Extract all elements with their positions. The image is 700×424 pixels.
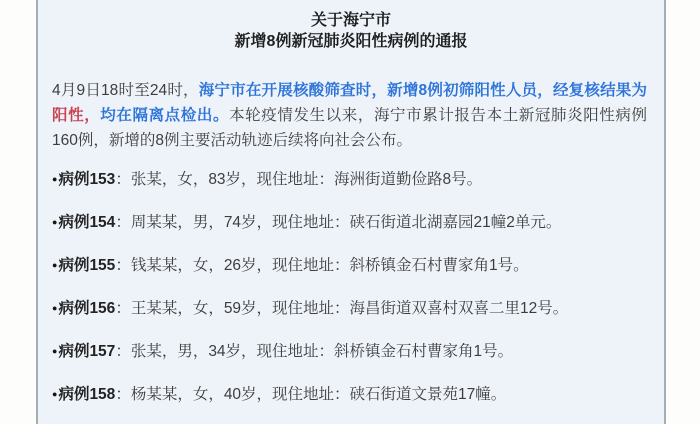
case-item-157: ●病例157：张某，男，34岁，现住地址：斜桥镇金石村曹家角1号。: [52, 343, 648, 360]
case-item-154: ●病例154：周某某，男，74岁，现住地址：硖石街道北湖嘉园21幢2单元。: [52, 214, 648, 231]
bullet-icon: ●: [52, 303, 57, 313]
case-detail: ：钱某某，女，26岁，现住地址：斜桥镇金石村曹家角1号。: [115, 257, 528, 274]
notice-page: 关于海宁市 新增8例新冠肺炎阳性病例的通报 4月9日18时至24时，海宁市在开展…: [0, 0, 700, 424]
case-item-156: ●病例156：王某某，女，59岁，现住地址：海昌街道双喜村双喜二里12号。: [52, 300, 648, 317]
bullet-icon: ●: [52, 174, 57, 184]
bullet-icon: ●: [52, 346, 57, 356]
title-line-2: 新增8例新冠肺炎阳性病例的通报: [38, 31, 664, 52]
bullet-icon: ●: [52, 260, 57, 270]
case-label: 病例154: [58, 214, 115, 231]
case-item-153: ●病例153：张某，女，83岁，现住地址：海洲街道勤俭路8号。: [52, 171, 648, 188]
case-label: 病例157: [58, 343, 115, 360]
case-label: 病例158: [58, 386, 115, 403]
case-label: 病例156: [58, 300, 115, 317]
case-detail: ：周某某，男，74岁，现住地址：硖石街道北湖嘉园21幢2单元。: [115, 214, 561, 231]
case-list: ●病例153：张某，女，83岁，现住地址：海洲街道勤俭路8号。 ●病例154：周…: [38, 171, 664, 403]
notice-card: 关于海宁市 新增8例新冠肺炎阳性病例的通报 4月9日18时至24时，海宁市在开展…: [36, 0, 666, 424]
title-line-1: 关于海宁市: [38, 10, 664, 31]
case-detail: ：王某某，女，59岁，现住地址：海昌街道双喜村双喜二里12号。: [115, 300, 568, 317]
bullet-icon: ●: [52, 389, 57, 399]
para-segment-screening: 海宁市在开展核酸筛查时，新增8例初筛阳性人员，经复核结果为: [199, 82, 647, 99]
case-label: 病例153: [58, 171, 115, 188]
para-segment-date: 4月9日18时至24时，: [52, 82, 199, 99]
case-detail: ：张某，女，83岁，现住地址：海洲街道勤俭路8号。: [115, 171, 482, 188]
para-segment-quarantine: 均在隔离点检出。: [100, 107, 229, 124]
summary-paragraph: 4月9日18时至24时，海宁市在开展核酸筛查时，新增8例初筛阳性人员，经复核结果…: [52, 78, 647, 153]
case-item-155: ●病例155：钱某某，女，26岁，现住地址：斜桥镇金石村曹家角1号。: [52, 257, 648, 274]
case-label: 病例155: [58, 257, 115, 274]
case-item-158: ●病例158：杨某某，女，40岁，现住地址：硖石街道文景苑17幢。: [52, 386, 648, 403]
bullet-icon: ●: [52, 217, 57, 227]
case-detail: ：张某，男，34岁，现住地址：斜桥镇金石村曹家角1号。: [115, 343, 513, 360]
case-detail: ：杨某某，女，40岁，现住地址：硖石街道文景苑17幢。: [115, 386, 506, 403]
notice-title: 关于海宁市 新增8例新冠肺炎阳性病例的通报: [38, 0, 664, 52]
para-segment-positive: 阳性，: [52, 107, 100, 124]
